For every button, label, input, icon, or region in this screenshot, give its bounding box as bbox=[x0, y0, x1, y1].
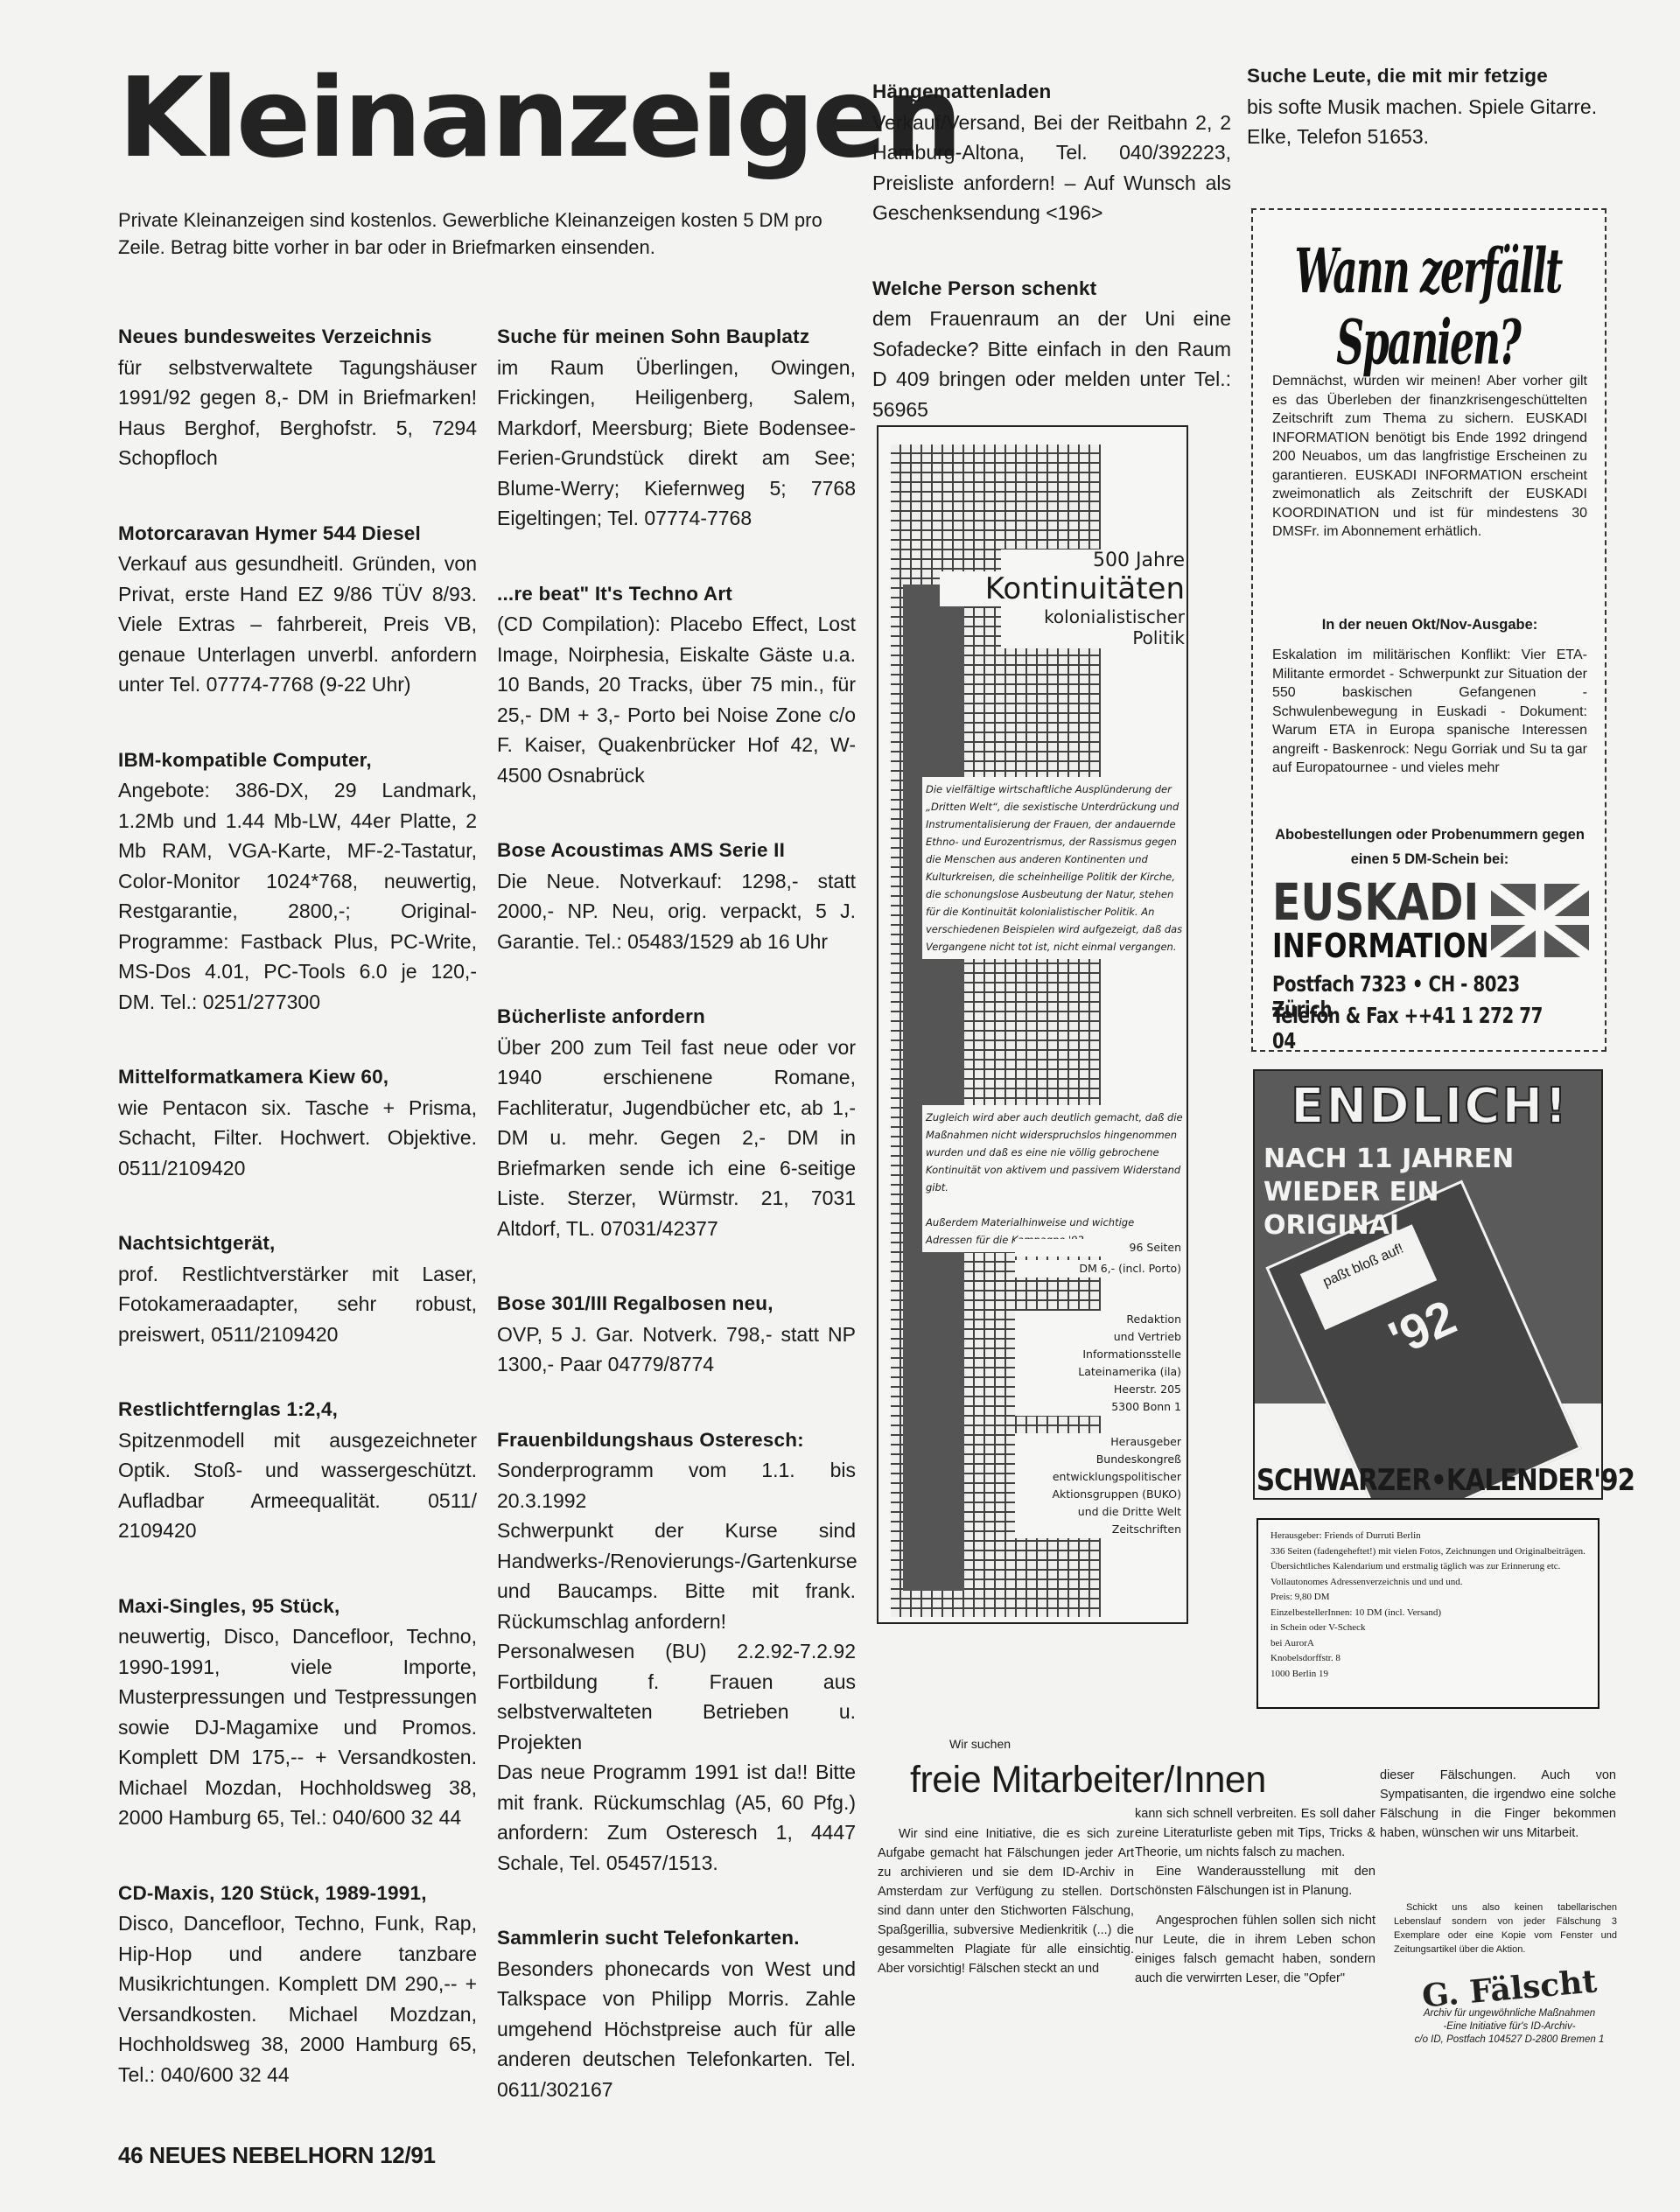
recruit-paragraph: dieser Fälschungen. Auch von Sympatisant… bbox=[1380, 1766, 1616, 1843]
classifieds-column-3: HängemattenladenVerkauf/Versand, Bei der… bbox=[872, 77, 1231, 470]
schwarzer-kalender-ad: paßt bloß auf! '92 ENDLICH! NACH 11 JAHR… bbox=[1253, 1069, 1603, 1500]
classified-ad: Suche für meinen Sohn Bauplatzim Raum Üb… bbox=[497, 322, 856, 534]
signature-block: G. Fälscht Archiv für ungewöhnliche Maßn… bbox=[1404, 1970, 1614, 2047]
ad-body: Sonderprogramm vom 1.1. bis 20.3.1992 Sc… bbox=[497, 1455, 856, 1878]
issue-contents: Eskalation im militärischen Konflikt: Vi… bbox=[1272, 646, 1587, 778]
ad-blurb: Die vielfältige wirtschaftliche Ausplünd… bbox=[922, 777, 1187, 959]
classified-ad: Sammlerin sucht Telefonkarten.Besonders … bbox=[497, 1923, 856, 2104]
page-masthead: Kleinanzeigen bbox=[118, 63, 844, 173]
classified-ad: ...re beat" It's Techno Art(CD Compilati… bbox=[497, 579, 856, 791]
classified-ad: Mittelformatkamera Kiew 60,wie Pentacon … bbox=[118, 1062, 477, 1183]
ad-body: bis softe Musik machen. Spiele Gitarre. … bbox=[1247, 92, 1606, 152]
ad-script-headline: Wann zerfällt Spanien? bbox=[1279, 236, 1577, 379]
recruit-column-3: dieser Fälschungen. Auch von Sympatisant… bbox=[1380, 1766, 1616, 1843]
recruit-paragraph: Wir sind eine Initiative, die es sich zu… bbox=[878, 1824, 1134, 1978]
ad-body: Die Neue. Notverkauf: 1298,- statt 2000,… bbox=[497, 866, 856, 957]
kontinuitaeten-ad: 500 Jahre Kontinuitäten kolonialistische… bbox=[877, 425, 1188, 1624]
classified-ad: IBM-kompatible Computer,Angebote: 386-DX… bbox=[118, 745, 477, 1018]
ikurrina-flag-icon bbox=[1491, 884, 1589, 957]
page-footer: 46 NEUES NEBELHORN 12/91 bbox=[118, 2142, 436, 2169]
kalender-info-box: Herausgeber: Friends of Durruti Berlin 3… bbox=[1256, 1518, 1599, 1709]
ad-title: IBM-kompatible Computer, bbox=[118, 745, 477, 776]
classified-ad: HängemattenladenVerkauf/Versand, Bei der… bbox=[872, 77, 1231, 228]
classifieds-column-1: Neues bundesweites Verzeichnisfür selbst… bbox=[118, 322, 477, 2135]
ad-body: OVP, 5 J. Gar. Notverk. 798,- statt NP 1… bbox=[497, 1319, 856, 1380]
classified-ad: Bücherliste anfordernÜber 200 zum Teil f… bbox=[497, 1002, 856, 1243]
phone-fax: Telefon & Fax ++41 1 272 77 04 bbox=[1272, 1003, 1550, 1053]
recruit-column-1: Wir sind eine Initiative, die es sich zu… bbox=[878, 1824, 1134, 1978]
ad-subline-2: Politik bbox=[1001, 627, 1185, 648]
ad-title: Mittelformatkamera Kiew 60, bbox=[118, 1062, 477, 1093]
ad-title: Sammlerin sucht Telefonkarten. bbox=[497, 1923, 856, 1954]
information-logo-word: INFORMATION bbox=[1272, 927, 1489, 964]
ad-title: Bose 301/III Regalbosen neu, bbox=[497, 1289, 856, 1319]
recruit-kicker: Wir suchen bbox=[949, 1737, 1011, 1751]
classified-ad: Welche Person schenktdem Frauenraum an d… bbox=[872, 274, 1231, 425]
ad-title: Neues bundesweites Verzeichnis bbox=[118, 322, 477, 353]
ad-title: ...re beat" It's Techno Art bbox=[497, 579, 856, 610]
ad-title: Maxi-Singles, 95 Stück, bbox=[118, 1592, 477, 1622]
ad-body: Verkauf/Versand, Bei der Reitbahn 2, 2 H… bbox=[872, 108, 1231, 228]
ad-body: Besonders phonecards von West und Talksp… bbox=[497, 1954, 856, 2105]
ad-body: neuwertig, Disco, Dancefloor, Techno, 19… bbox=[118, 1621, 477, 1833]
ad-title: Motorcaravan Hymer 544 Diesel bbox=[118, 519, 477, 549]
ad-title: Nachtsichtgerät, bbox=[118, 1228, 477, 1259]
ad-body: Disco, Dancefloor, Techno, Funk, Rap, Hi… bbox=[118, 1908, 477, 2089]
recruit-note: Schickt uns also keinen tabellarischen L… bbox=[1394, 1900, 1617, 1956]
ad-subline: kolonialistischer bbox=[1001, 606, 1185, 627]
ad-title: Frauenbildungshaus Osteresch: bbox=[497, 1425, 856, 1456]
ad-body: dem Frauenraum an der Uni eine Sofadecke… bbox=[872, 304, 1231, 424]
classified-ad: Neues bundesweites Verzeichnisfür selbst… bbox=[118, 322, 477, 473]
ad-title-block: 500 Jahre Kontinuitäten kolonialistische… bbox=[1001, 549, 1188, 648]
ad-body: prof. Restlichtverstärker mit Laser, Fot… bbox=[118, 1259, 477, 1350]
ad-subline: NACH 11 JAHREN WIEDER EIN ORIGINAL. bbox=[1263, 1143, 1596, 1242]
classified-ad: Nachtsichtgerät,prof. Restlichtverstärke… bbox=[118, 1228, 477, 1349]
classifieds-column-2: Suche für meinen Sohn Bauplatzim Raum Üb… bbox=[497, 322, 856, 2150]
ad-body: Spitzenmodell mit ausgezeichneter Optik.… bbox=[118, 1425, 477, 1546]
euskadi-information-ad: Wann zerfällt Spanien? Demnächst, würden… bbox=[1251, 208, 1606, 1052]
classified-ad: Motorcaravan Hymer 544 DieselVerkauf aus… bbox=[118, 519, 477, 700]
ad-body: Über 200 zum Teil fast neue oder vor 194… bbox=[497, 1032, 856, 1244]
kalender-title: SCHWARZER•KALENDER'92 bbox=[1256, 1463, 1551, 1498]
skyscraper-shadow bbox=[903, 584, 964, 1591]
classified-ad: CD-Maxis, 120 Stück, 1989-1991,Disco, Da… bbox=[118, 1879, 477, 2090]
ad-body: für selbstverwaltete Tagungshäuser 1991/… bbox=[118, 353, 477, 473]
ad-title: Welche Person schenkt bbox=[872, 274, 1231, 304]
ad-herausgeber: Herausgeber Bundeskongreß entwicklungspo… bbox=[1015, 1433, 1181, 1538]
ad-headline: Kontinuitäten bbox=[940, 571, 1185, 606]
ad-kicker: 500 Jahre bbox=[1001, 549, 1185, 571]
ad-title: Bücherliste anfordern bbox=[497, 1002, 856, 1032]
classified-ad: Frauenbildungshaus Osteresch:Sonderprogr… bbox=[497, 1425, 856, 1879]
ad-body: (CD Compilation): Placebo Effect, Lost I… bbox=[497, 609, 856, 790]
classified-ad: Bose Acoustimas AMS Serie IIDie Neue. No… bbox=[497, 836, 856, 956]
recruit-paragraph: kann sich schnell verbreiten. Es soll da… bbox=[1135, 1804, 1375, 1862]
issue-heading: In der neuen Okt/Nov-Ausgabe: bbox=[1272, 612, 1587, 637]
classified-ad: Suche Leute, die mit mir fetzigebis soft… bbox=[1247, 61, 1606, 152]
ad-blurb-2-text: Zugleich wird aber auch deutlich gemacht… bbox=[926, 1111, 1183, 1193]
recruit-paragraph: Angesprochen fühlen sollen sich nicht nu… bbox=[1135, 1911, 1375, 1988]
order-heading: Abobestellungen oder Probenummern gegen … bbox=[1272, 822, 1587, 871]
ad-title: CD-Maxis, 120 Stück, 1989-1991, bbox=[118, 1879, 477, 1909]
ad-body: wie Pentacon six. Tasche + Prisma, Schac… bbox=[118, 1093, 477, 1184]
ad-body: im Raum Überlingen, Owingen, Frickingen,… bbox=[497, 353, 856, 534]
recruit-column-2: kann sich schnell verbreiten. Es soll da… bbox=[1135, 1804, 1375, 1988]
classifieds-column-4: Suche Leute, die mit mir fetzigebis soft… bbox=[1247, 61, 1606, 198]
recruit-headline: freie Mitarbeiter/Innen bbox=[910, 1759, 1266, 1802]
ad-title: Hängemattenladen bbox=[872, 77, 1231, 108]
ad-title: Suche für meinen Sohn Bauplatz bbox=[497, 322, 856, 353]
ad-body: Demnächst, würden wir meinen! Aber vorhe… bbox=[1272, 372, 1587, 542]
ad-headline: ENDLICH! bbox=[1263, 1078, 1596, 1135]
ad-blurb-2: Zugleich wird aber auch deutlich gemacht… bbox=[922, 1105, 1187, 1252]
classified-ad: Restlichtfernglas 1:2,4,Spitzenmodell mi… bbox=[118, 1395, 477, 1546]
ad-body: Verkauf aus gesundheitl. Gründen, von Pr… bbox=[118, 549, 477, 700]
ad-title: Suche Leute, die mit mir fetzige bbox=[1247, 61, 1606, 92]
ad-title: Restlichtfernglas 1:2,4, bbox=[118, 1395, 477, 1425]
ad-price: DM 6,- (incl. Porto) bbox=[1015, 1260, 1181, 1277]
ad-title: Bose Acoustimas AMS Serie II bbox=[497, 836, 856, 866]
book-year: '92 bbox=[1381, 1288, 1465, 1367]
classified-ad: Maxi-Singles, 95 Stück,neuwertig, Disco,… bbox=[118, 1592, 477, 1833]
euskadi-logo-word: EUSKADI bbox=[1272, 877, 1479, 927]
classified-ad: Bose 301/III Regalbosen neu,OVP, 5 J. Ga… bbox=[497, 1289, 856, 1380]
ad-pages: 96 Seiten bbox=[1015, 1239, 1181, 1256]
intro-text: Private Kleinanzeigen sind kostenlos. Ge… bbox=[118, 206, 844, 261]
ad-redaktion: Redaktion und Vertrieb Informationsstell… bbox=[1015, 1311, 1181, 1416]
ad-body: Angebote: 386-DX, 29 Landmark, 1.2Mb und… bbox=[118, 775, 477, 1017]
recruit-paragraph: Eine Wanderausstellung mit den schönsten… bbox=[1135, 1862, 1375, 1900]
